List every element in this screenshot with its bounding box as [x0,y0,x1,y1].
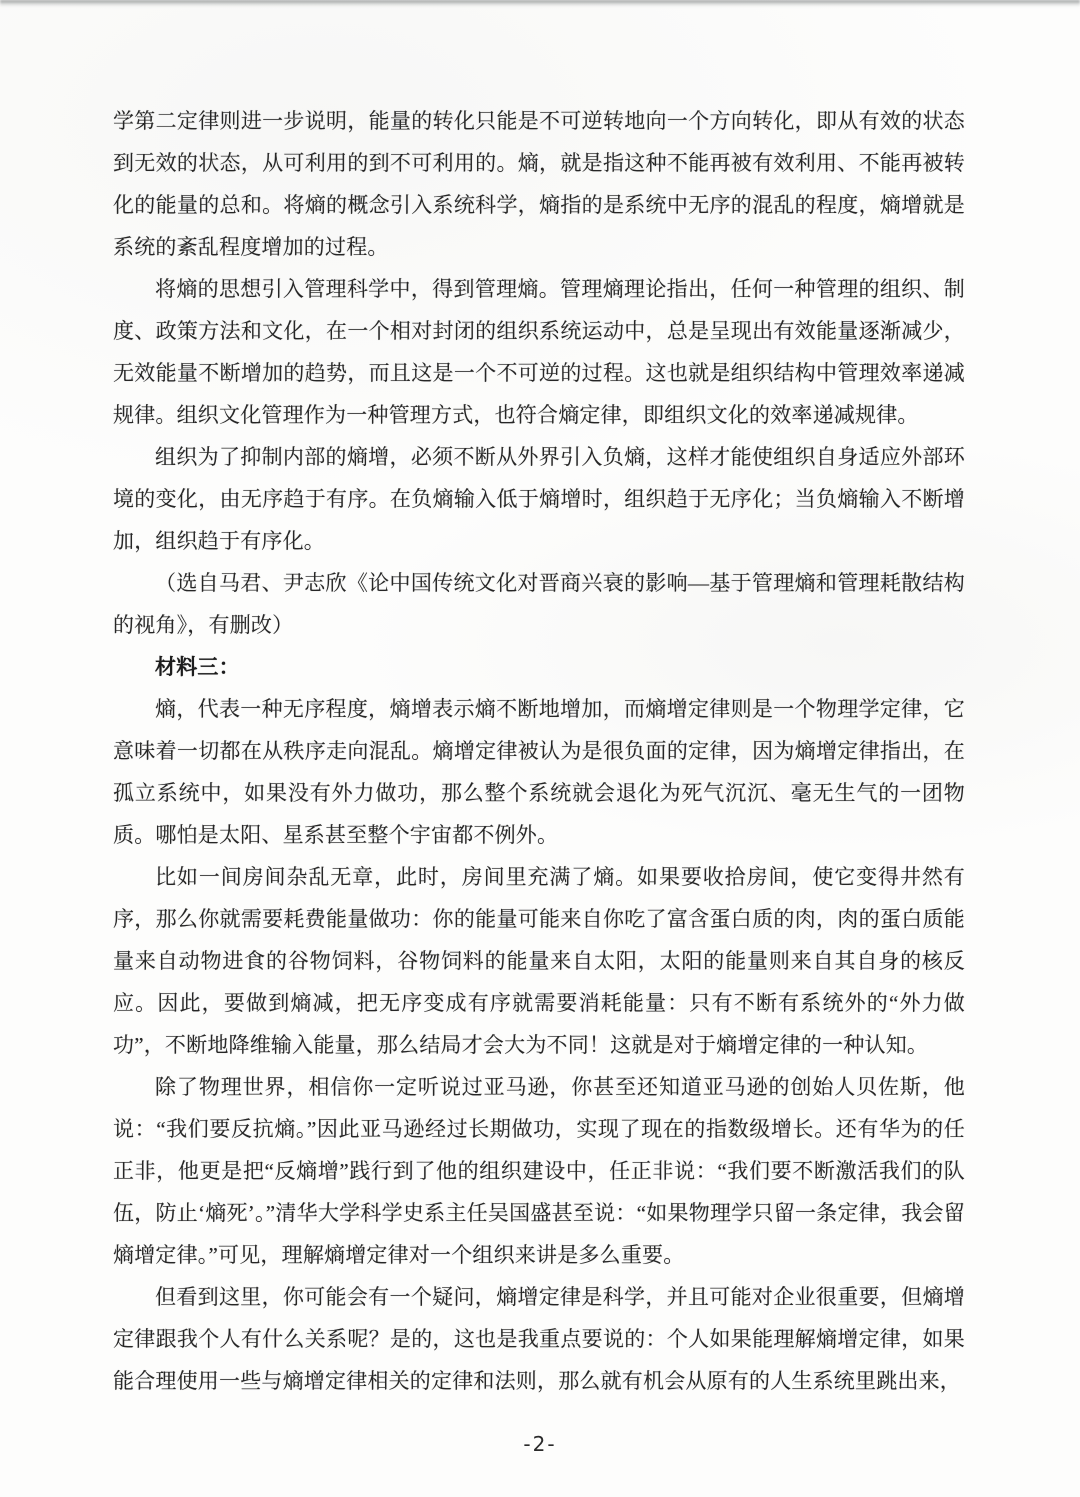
page-footer: -2- [0,1432,1080,1456]
body-paragraph-negative-entropy: 组织为了抑制内部的熵增，必须不断从外界引入负熵，这样才能使组织自身适应外部环境的… [113,436,965,562]
document-body: 学第二定律则进一步说明，能量的转化只能是不可逆转地向一个方向转化，即从有效的状态… [113,100,965,1402]
scanned-exam-page: 学第二定律则进一步说明，能量的转化只能是不可逆转地向一个方向转化，即从有效的状态… [0,0,1080,1497]
source-citation: （选自马君、尹志欣《论中国传统文化对晋商兴衰的影响—基于管理熵和管理耗散结构的视… [113,562,965,646]
page-number: -2- [523,1432,556,1456]
body-paragraph-room-example: 比如一间房间杂乱无章，此时，房间里充满了熵。如果要收拾房间，使它变得井然有序，那… [113,856,965,1066]
body-paragraph-management-entropy: 将熵的思想引入管理科学中，得到管理熵。管理熵理论指出，任何一种管理的组织、制度、… [113,268,965,436]
body-paragraph-entropy-law-intro: 熵，代表一种无序程度，熵增表示熵不断地增加，而熵增定律则是一个物理学定律，它意味… [113,688,965,856]
continuation-paragraph: 学第二定律则进一步说明，能量的转化只能是不可逆转地向一个方向转化，即从有效的状态… [113,100,965,268]
body-paragraph-amazon-huawei: 除了物理世界，相信你一定听说过亚马逊，你甚至还知道亚马逊的创始人贝佐斯，他说：“… [113,1066,965,1276]
scan-edge-artifact [0,0,1080,7]
body-paragraph-personal-relevance: 但看到这里，你可能会有一个疑问，熵增定律是科学，并且可能对企业很重要，但熵增定律… [113,1276,965,1402]
material-3-heading: 材料三： [113,646,965,688]
